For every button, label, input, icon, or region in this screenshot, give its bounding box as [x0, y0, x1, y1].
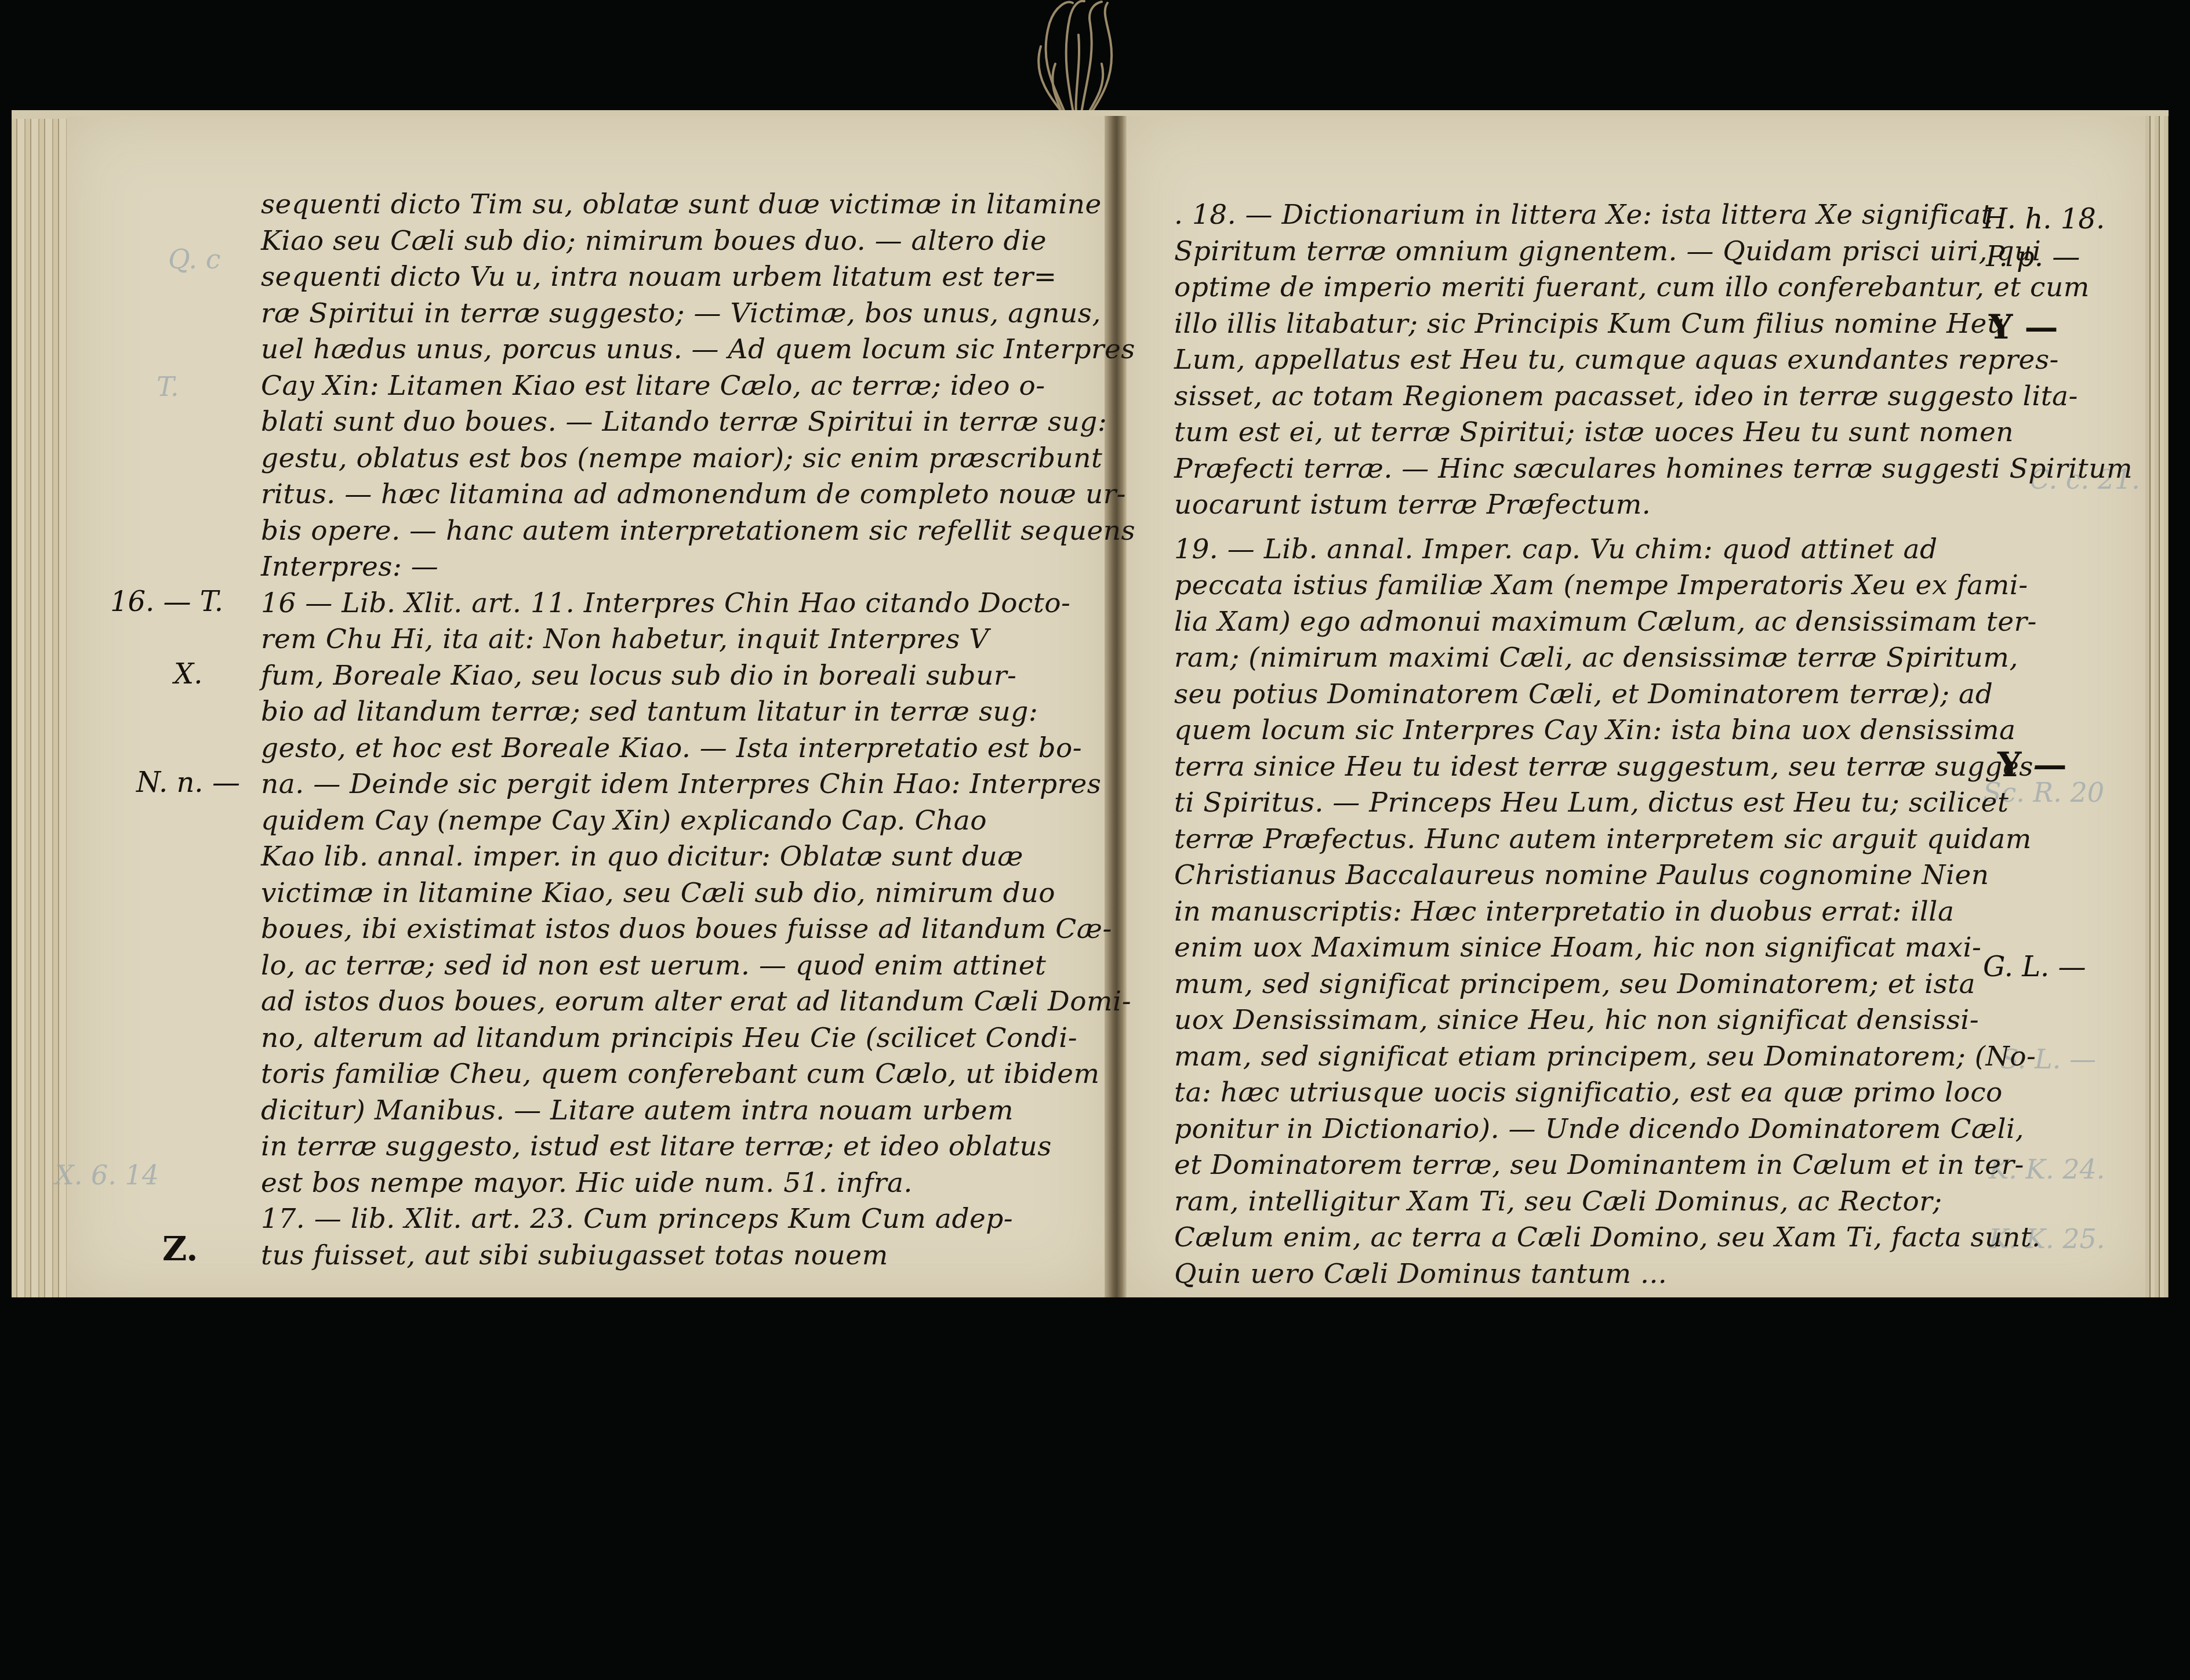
margin-note: P. p. — [1986, 241, 2080, 273]
margin-note: 16. — T. [110, 586, 223, 618]
text-line: sisset, ac totam Regionem pacasset, ideo… [1174, 379, 2133, 415]
text-line: 19. — Lib. annal. Imper. cap. Vu chim: q… [1174, 532, 2133, 568]
text-line: est bos nempe mayor. Hic uide num. 51. i… [261, 1165, 1135, 1202]
text-line: uocarunt istum terræ Præfectum. [1174, 487, 2133, 523]
text-line: terræ Præfectus. Hunc autem interpretem … [1174, 821, 2133, 858]
text-line: ræ Spiritui in terræ suggesto; — Victimæ… [261, 296, 1135, 332]
scan-background [0, 1297, 2190, 1680]
text-line: bio ad litandum terræ; sed tantum litatu… [261, 694, 1135, 730]
text-line: et Dominatorem terræ, seu Dominantem in … [1174, 1147, 2133, 1184]
text-line: Cay Xin: Litamen Kiao est litare Cælo, a… [261, 368, 1135, 405]
text-line: uox Densissimam, sinice Heu, hic non sig… [1174, 1002, 2133, 1039]
left-page-edges [12, 119, 70, 1297]
text-line: Interpres: — [261, 549, 1135, 586]
text-line: sequenti dicto Tim su, oblatæ sunt duæ v… [261, 187, 1135, 223]
text-line: optime de imperio meriti fuerant, cum il… [1174, 270, 2133, 306]
text-line: tum est ei, ut terræ Spiritui; istæ uoce… [1174, 414, 2133, 451]
text-line: uel hædus unus, porcus unus. — Ad quem l… [261, 332, 1135, 368]
text-line: quidem Cay (nempe Cay Xin) explicando Ca… [261, 803, 1135, 839]
margin-note: H. h. 18. [1983, 203, 2105, 235]
text-line: peccata istius familiæ Xam (nempe Impera… [1174, 568, 2133, 604]
margin-note: Y — [1989, 307, 2058, 347]
margin-note: G. L. — [1983, 951, 2086, 983]
left-page-text: sequenti dicto Tim su, oblatæ sunt duæ v… [261, 187, 1135, 1274]
bleed-through-note: X. 6. 14 [55, 1159, 159, 1191]
text-line: victimæ in litamine Kiao, seu Cæli sub d… [261, 875, 1135, 912]
text-line: sequenti dicto Vu u, intra nouam urbem l… [261, 259, 1135, 296]
text-line: no, alterum ad litandum principis Heu Ci… [261, 1020, 1135, 1057]
text-line: gesto, et hoc est Boreale Kiao. — Ista i… [261, 730, 1135, 767]
text-line: ponitur in Dictionario). — Unde dicendo … [1174, 1111, 2133, 1148]
text-line: ad istos duos boues, eorum alter erat ad… [261, 984, 1135, 1020]
text-line: in manuscriptis: Hæc interpretatio in du… [1174, 894, 2133, 930]
text-line: ritus. — hæc litamina ad admonendum de c… [261, 477, 1135, 513]
text-line: Lum, appellatus est Heu tu, cumque aquas… [1174, 342, 2133, 379]
margin-note: Y — [1997, 745, 2067, 784]
text-line: na. — Deinde sic pergit idem Interpres C… [261, 766, 1135, 803]
text-line: boues, ibi existimat istos duos boues fu… [261, 911, 1135, 948]
text-line: 17. — lib. Xlit. art. 23. Cum princeps K… [261, 1201, 1135, 1238]
text-line: in terræ suggesto, istud est litare terr… [261, 1129, 1135, 1165]
text-line: rem Chu Hi, ita ait: Non habetur, inquit… [261, 621, 1135, 658]
text-line: Kao lib. annal. imper. in quo dicitur: O… [261, 839, 1135, 875]
text-line: lo, ac terræ; sed id non est uerum. — qu… [261, 948, 1135, 984]
text-line: terra sinice Heu tu idest terræ suggestu… [1174, 749, 2133, 786]
text-line: bis opere. — hanc autem interpretationem… [261, 513, 1135, 550]
binding-tassel [1015, 0, 1142, 125]
text-line: seu potius Dominatorem Cæli, et Dominato… [1174, 677, 2133, 713]
margin-note: N. n. — [136, 766, 240, 799]
bleed-through-note: Q. c [168, 243, 220, 275]
text-line: ti Spiritus. — Princeps Heu Lum, dictus … [1174, 785, 2133, 821]
text-line: ta: hæc utriusque uocis significatio, es… [1174, 1075, 2133, 1111]
text-line: ram; (nimirum maximi Cæli, ac densissimæ… [1174, 640, 2133, 677]
text-line: mam, sed significat etiam principem, seu… [1174, 1039, 2133, 1075]
text-line: 16 — Lib. Xlit. art. 11. Interpres Chin … [261, 586, 1135, 622]
text-line: tus fuisset, aut sibi subiugasset totas … [261, 1238, 1135, 1274]
text-line: blati sunt duo boues. — Litando terræ Sp… [261, 404, 1135, 441]
text-line: Kiao seu Cæli sub dio; nimirum boues duo… [261, 223, 1135, 260]
text-line: ram, intelligitur Xam Ti, seu Cæli Domin… [1174, 1184, 2133, 1220]
text-line: Christianus Baccalaureus nomine Paulus c… [1174, 857, 2133, 894]
right-page-edges [2145, 116, 2169, 1297]
text-line: Cælum enim, ac terra a Cæli Domino, seu … [1174, 1220, 2133, 1256]
text-line: dicitur) Manibus. — Litare autem intra n… [261, 1093, 1135, 1129]
text-line: quem locum sic Interpres Cay Xin: ista b… [1174, 712, 2133, 749]
margin-note: Z. [162, 1229, 198, 1268]
margin-note: X. [174, 658, 202, 690]
bleed-through-note: T. [157, 371, 179, 402]
text-line: Præfecti terræ. — Hinc sæculares homines… [1174, 451, 2133, 488]
right-page-text: . 18. — Dictionarium in littera Xe: ista… [1174, 197, 2133, 1292]
text-line: gestu, oblatus est bos (nempe maior); si… [261, 441, 1135, 477]
text-line: lia Xam) ego admonui maximum Cælum, ac d… [1174, 604, 2133, 641]
text-line: Quin uero Cæli Dominus tantum ... [1174, 1256, 2133, 1293]
text-line: fum, Boreale Kiao, seu locus sub dio in … [261, 658, 1135, 694]
text-line: toris familiæ Cheu, quem conferebant cum… [261, 1056, 1135, 1093]
